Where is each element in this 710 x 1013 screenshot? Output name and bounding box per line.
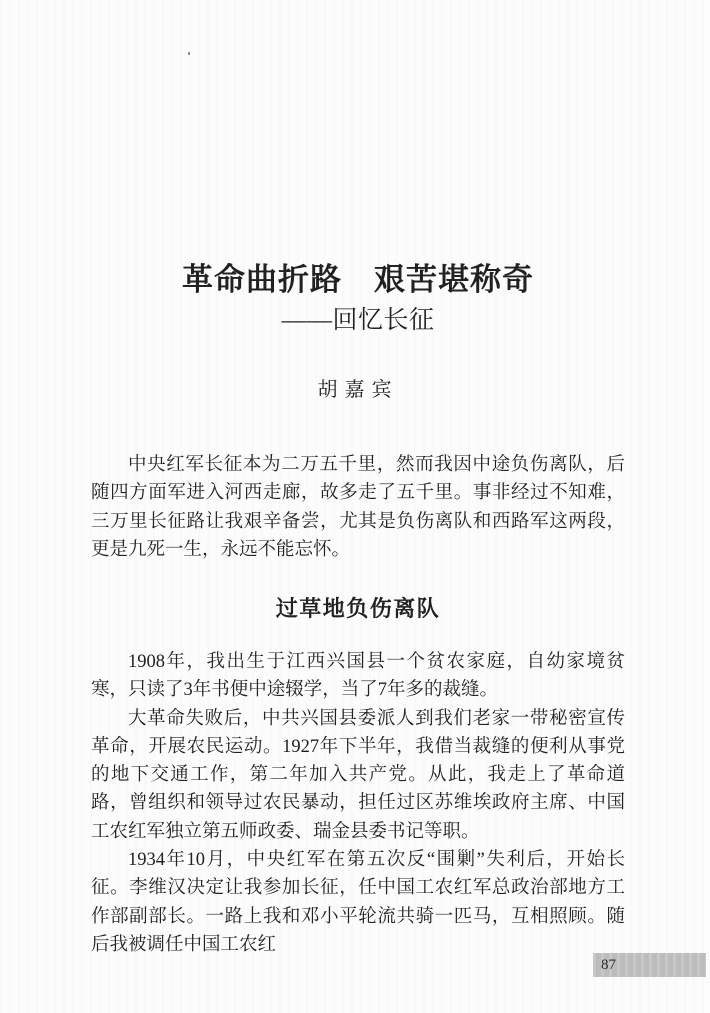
section-paragraph: 1934年10月，中央红军在第五次反“围剿”失利后，开始长征。李维汉决定让我参加… [91,846,625,959]
section-paragraph: 1908年，我出生于江西兴国县一个贫农家庭，自幼家境贫寒，只读了3年书便中途辍学… [91,648,625,705]
intro-block: 中央红军长征本为二万五千里，然而我因中途负伤离队，后随四方面军进入河西走廊，故多… [91,451,625,564]
page-number-badge: 87 [593,953,706,977]
article-title: 革命曲折路 艰苦堪称奇 [91,262,625,298]
article-subtitle: ——回忆长征 [91,306,625,336]
section-body: 1908年，我出生于江西兴国县一个贫农家庭，自幼家境贫寒，只读了3年书便中途辍学… [91,648,625,959]
intro-paragraph: 中央红军长征本为二万五千里，然而我因中途负伤离队，后随四方面军进入河西走廊，故多… [91,451,625,564]
page-number: 87 [601,957,616,973]
scan-speck [188,52,190,55]
article-author: 胡嘉宾 [91,378,625,402]
section-heading: 过草地负伤离队 [91,596,625,622]
scanned-book-page: 革命曲折路 艰苦堪称奇 ——回忆长征 胡嘉宾 中央红军长征本为二万五千里，然而我… [0,0,710,1013]
section-paragraph: 大革命失败后，中共兴国县委派人到我们老家一带秘密宣传革命，开展农民运动。1927… [91,705,625,846]
